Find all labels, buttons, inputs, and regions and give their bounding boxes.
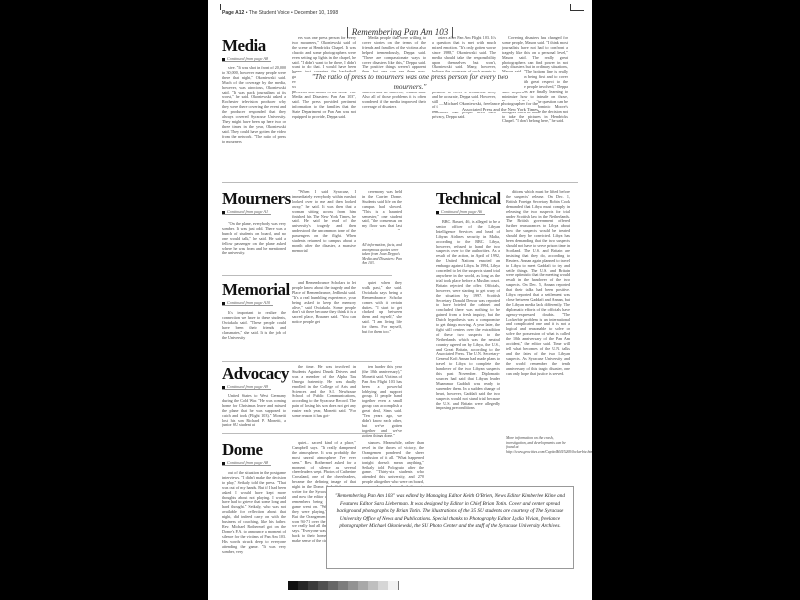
continued-line: Continued from page A9 <box>222 384 271 390</box>
bullet-square-icon <box>436 211 439 214</box>
pull-quote-attribution: —Michael Okoniewski, freelance photograp… <box>438 101 538 112</box>
crop-mark <box>220 4 221 10</box>
gray-swatch <box>308 581 318 590</box>
section-divider <box>222 275 392 276</box>
publication-name: The Student Voice <box>249 10 290 16</box>
newspaper-page: Page A12 • The Student Voice • December … <box>208 0 592 600</box>
story-column: United States to West Germany during the… <box>222 394 286 436</box>
story-column: "On the plane, everybody was very somber… <box>222 222 286 272</box>
source-note: All information, facts, and anonymous qu… <box>362 243 402 266</box>
bullet-square-icon <box>222 302 225 305</box>
continued-line: Continued from page A6 <box>436 209 485 215</box>
story-column: It's important to realize the connection… <box>222 311 286 357</box>
section-divider <box>222 433 392 434</box>
story-column: ers was one press person for every two m… <box>292 36 356 178</box>
story-column: Media people that were willing to cover … <box>362 36 426 178</box>
bullet-square-icon <box>222 211 225 214</box>
kicker-dome: Dome <box>222 441 262 459</box>
gray-swatch <box>338 581 348 590</box>
story-column: sive. "It was shot in front of 20,000 to… <box>222 66 286 178</box>
kicker-technical: Technical <box>436 190 501 208</box>
story-column: ditions which must be lifted before the … <box>506 190 570 432</box>
gray-swatch <box>288 581 298 590</box>
pull-quote: "The ratio of press to mourners was one … <box>296 72 524 92</box>
kicker-advocacy: Advocacy <box>222 365 289 383</box>
continued-line: Continued from page A10 <box>222 300 273 306</box>
more-info-link[interactable]: http://www.geocities.com/CapitolHill/526… <box>506 450 592 454</box>
page-folio: Page A12 • The Student Voice • December … <box>222 10 338 16</box>
story-column: the time. He was involved in Students Ag… <box>292 365 356 437</box>
bullet-square-icon <box>222 386 225 389</box>
gray-swatch <box>368 581 378 590</box>
grayscale-calibration-bar <box>288 581 399 590</box>
section-divider <box>222 182 578 183</box>
story-column: ceremony was held in the Carrier Dome. S… <box>362 190 402 230</box>
gray-swatch <box>378 581 388 590</box>
story-column: and Remembrance Scholars to let people k… <box>292 281 356 357</box>
story-column: out of the situation in the postgame int… <box>222 471 286 571</box>
gray-swatch <box>358 581 368 590</box>
section-divider <box>222 361 392 362</box>
credits-text: "Remembering Pan Am 103" was edited by M… <box>335 493 565 529</box>
story-column: "When I said Syracuse, I immediately eve… <box>292 190 356 270</box>
bullet-square-icon <box>222 58 225 61</box>
crop-mark <box>570 10 584 11</box>
continued-line: Continued from page A1 <box>222 209 271 215</box>
page-label: Page A12 <box>222 10 244 16</box>
publication-date: December 10, 1998 <box>294 10 338 16</box>
crop-mark <box>570 4 571 10</box>
more-info-note: More information on the crash, investiga… <box>506 436 570 454</box>
gray-swatch <box>298 581 308 590</box>
gray-swatch <box>318 581 328 590</box>
gray-swatch <box>388 581 398 590</box>
continued-line: Continued from page A8 <box>222 56 271 62</box>
gray-swatch <box>328 581 338 590</box>
kicker-memorial: Memorial <box>222 281 290 299</box>
story-column: BBC. Basset, 46, is alleged to be a seni… <box>436 220 500 476</box>
continued-line: Continued from page A8 <box>222 460 271 466</box>
kicker-mourners: Mourners <box>222 190 291 208</box>
story-column: ten harder this year (the 10th anniversa… <box>362 365 402 437</box>
kicker-media: Media <box>222 37 266 55</box>
credits-box: "Remembering Pan Am 103" was edited by M… <box>326 486 574 569</box>
gray-swatch <box>348 581 358 590</box>
story-column: quiet when they walk past," she said. Ow… <box>362 281 402 341</box>
bullet-square-icon <box>222 462 225 465</box>
